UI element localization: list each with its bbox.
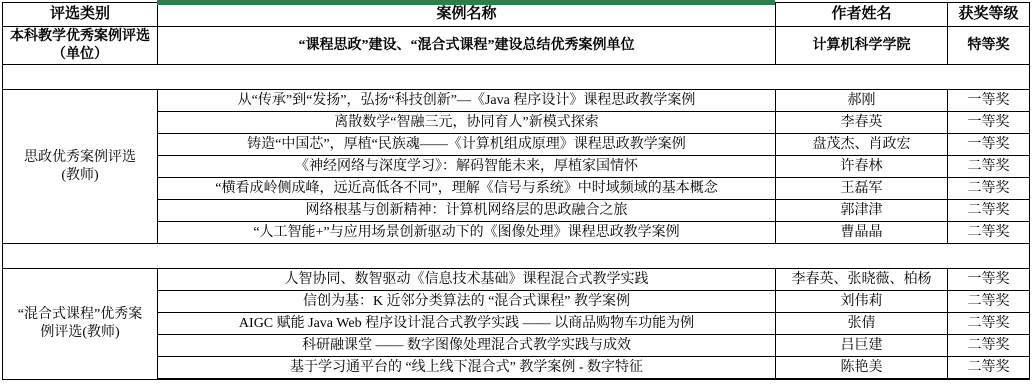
case-cell: 《神经网络与深度学习》：解码智能未来，厚植家国情怀 xyxy=(158,156,776,178)
author-cell: 陈艳美 xyxy=(776,357,948,380)
case-cell: “课程思政”建设、“混合式课程”建设总结优秀案例单位 xyxy=(158,27,776,65)
case-cell: “横看成岭侧成峰，远近高低各不同”，理解《信号与系统》中时域频域的基本概念 xyxy=(158,178,776,200)
award-cell: 二等奖 xyxy=(948,291,1030,313)
spacer-row xyxy=(3,244,1030,269)
column-header-author: 作者姓名 xyxy=(776,3,948,27)
table-row: “混合式课程”优秀案 例评选(教师) 人智协同、数智驱动《信息技术基础》课程混合… xyxy=(3,269,1030,291)
award-cell: 二等奖 xyxy=(948,222,1030,244)
table-row: 《神经网络与深度学习》：解码智能未来，厚植家国情怀 许春林 二等奖 xyxy=(3,156,1030,178)
case-cell: 科研融课堂 —— 数字图像处理混合式教学实践与成效 xyxy=(158,335,776,357)
table-header-row: 评选类别 案例名称 作者姓名 获奖等级 xyxy=(3,3,1030,27)
author-cell: 曹晶晶 xyxy=(776,222,948,244)
author-cell: 盘茂杰、肖政宏 xyxy=(776,134,948,156)
case-cell: 离散数学“智融三元，协同育人”新模式探索 xyxy=(158,112,776,134)
column-header-category: 评选类别 xyxy=(3,3,158,27)
case-cell: 信创为基：K 近邻分类算法的 “混合式课程” 教学案例 xyxy=(158,291,776,313)
author-cell: 吕巨建 xyxy=(776,335,948,357)
awards-table: 评选类别 案例名称 作者姓名 获奖等级 本科教学优秀案例评选 （单位） “课程思… xyxy=(2,2,1030,380)
author-cell: 张倩 xyxy=(776,313,948,335)
case-cell: 铸造“中国芯”，厚植“民族魂——《计算机组成原理》课程思政教学案例 xyxy=(158,134,776,156)
author-cell: 郝刚 xyxy=(776,90,948,112)
table-row: 本科教学优秀案例评选 （单位） “课程思政”建设、“混合式课程”建设总结优秀案例… xyxy=(3,27,1030,65)
award-cell: 二等奖 xyxy=(948,357,1030,380)
award-cell: 一等奖 xyxy=(948,112,1030,134)
green-accent-bar xyxy=(157,0,775,5)
author-cell: 李春英、张晓薇、柏杨 xyxy=(776,269,948,291)
table-row: 思政优秀案例评选 (教师) 从“传承”到“发扬”，弘扬“科技创新”—《Java … xyxy=(3,90,1030,112)
column-header-award: 获奖等级 xyxy=(948,3,1030,27)
table-row: 离散数学“智融三元，协同育人”新模式探索 李春英 一等奖 xyxy=(3,112,1030,134)
case-cell: 从“传承”到“发扬”，弘扬“科技创新”—《Java 程序设计》课程思政教学案例 xyxy=(158,90,776,112)
spreadsheet-area: 评选类别 案例名称 作者姓名 获奖等级 本科教学优秀案例评选 （单位） “课程思… xyxy=(0,0,1033,390)
category-cell: 本科教学优秀案例评选 （单位） xyxy=(3,27,158,65)
award-cell: 特等奖 xyxy=(948,27,1030,65)
category-cell: 思政优秀案例评选 (教师) xyxy=(3,90,158,244)
column-header-case-name: 案例名称 xyxy=(158,3,776,27)
award-cell: 二等奖 xyxy=(948,178,1030,200)
author-cell: 郭津津 xyxy=(776,200,948,222)
author-cell: 李春英 xyxy=(776,112,948,134)
table-row: 科研融课堂 —— 数字图像处理混合式教学实践与成效 吕巨建 二等奖 xyxy=(3,335,1030,357)
spacer-cell xyxy=(3,65,1030,90)
author-cell: 刘伟莉 xyxy=(776,291,948,313)
table-row: “人工智能+”与应用场景创新驱动下的《图像处理》课程思政教学案例 曹晶晶 二等奖 xyxy=(3,222,1030,244)
category-cell: “混合式课程”优秀案 例评选(教师) xyxy=(3,269,158,380)
award-cell: 二等奖 xyxy=(948,313,1030,335)
table-row: 基于学习通平台的 “线上线下混合式” 教学案例 - 数字特征 陈艳美 二等奖 xyxy=(3,357,1030,380)
case-cell: AIGC 赋能 Java Web 程序设计混合式教学实践 —— 以商品购物车功能… xyxy=(158,313,776,335)
award-cell: 二等奖 xyxy=(948,156,1030,178)
case-cell: “人工智能+”与应用场景创新驱动下的《图像处理》课程思政教学案例 xyxy=(158,222,776,244)
table-row: AIGC 赋能 Java Web 程序设计混合式教学实践 —— 以商品购物车功能… xyxy=(3,313,1030,335)
award-cell: 一等奖 xyxy=(948,134,1030,156)
case-cell: 网络根基与创新精神：计算机网络层的思政融合之旅 xyxy=(158,200,776,222)
spacer-cell xyxy=(3,244,1030,269)
spacer-row xyxy=(3,65,1030,90)
award-cell: 二等奖 xyxy=(948,335,1030,357)
table-row: 铸造“中国芯”，厚植“民族魂——《计算机组成原理》课程思政教学案例 盘茂杰、肖政… xyxy=(3,134,1030,156)
award-cell: 一等奖 xyxy=(948,90,1030,112)
author-cell: 王磊军 xyxy=(776,178,948,200)
table-row: “横看成岭侧成峰，远近高低各不同”，理解《信号与系统》中时域频域的基本概念 王磊… xyxy=(3,178,1030,200)
case-cell: 基于学习通平台的 “线上线下混合式” 教学案例 - 数字特征 xyxy=(158,357,776,380)
award-cell: 一等奖 xyxy=(948,269,1030,291)
table-row: 信创为基：K 近邻分类算法的 “混合式课程” 教学案例 刘伟莉 二等奖 xyxy=(3,291,1030,313)
table-row: 网络根基与创新精神：计算机网络层的思政融合之旅 郭津津 二等奖 xyxy=(3,200,1030,222)
author-cell: 计算机科学学院 xyxy=(776,27,948,65)
author-cell: 许春林 xyxy=(776,156,948,178)
case-cell: 人智协同、数智驱动《信息技术基础》课程混合式教学实践 xyxy=(158,269,776,291)
award-cell: 二等奖 xyxy=(948,200,1030,222)
